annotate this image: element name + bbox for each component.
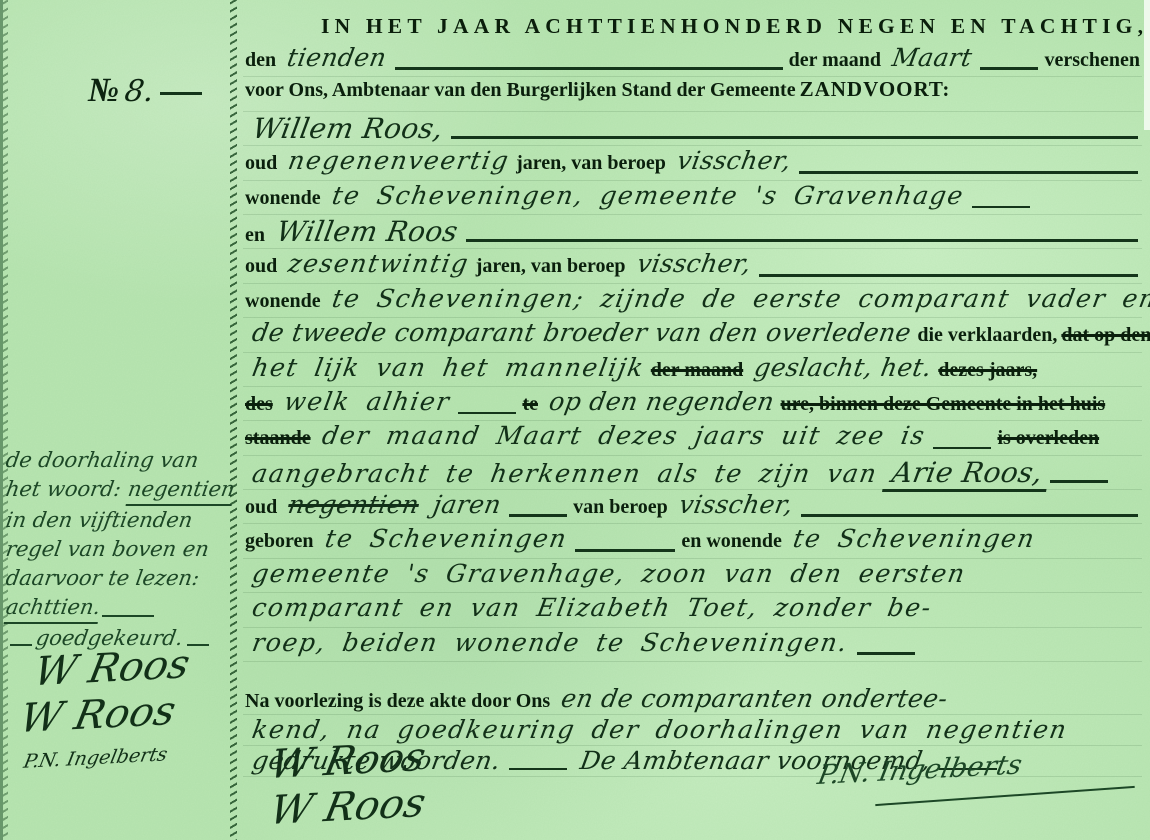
fill-rule bbox=[509, 768, 567, 770]
deceased-name: Arie Roos, bbox=[882, 456, 1052, 492]
printed-jaren-beroep: jaren, van beroep bbox=[474, 255, 628, 278]
act-number-rule bbox=[160, 92, 202, 95]
margin-signature-official: P.N. Ingelberts bbox=[16, 734, 171, 782]
handwritten-month: Maart bbox=[883, 43, 982, 72]
handwritten-day: tienden bbox=[278, 43, 396, 72]
signature-flourish bbox=[875, 786, 1135, 806]
body-found-line1: het lijk van het mannelijk der maand ges… bbox=[243, 353, 1142, 387]
official-signature: P.N. Ingelberts bbox=[815, 760, 1135, 797]
body-found-line3: staande der maand Maart dezes jaars uit … bbox=[243, 421, 1142, 455]
printed-jaren-beroep: jaren, van beroep bbox=[514, 152, 668, 175]
margin-signatures: W Roos W Roos P.N. Ingelberts bbox=[16, 650, 183, 782]
printed-struck-des: des bbox=[243, 393, 275, 416]
fill-rule bbox=[395, 67, 783, 70]
handwritten-jaren: jaren bbox=[424, 490, 511, 519]
printed-wonende: wonende bbox=[243, 290, 323, 313]
handwritten-closing1: en de comparanten ondertee- bbox=[552, 684, 957, 713]
handwritten-parents2: comparant en van Elizabeth Toet, zonder … bbox=[243, 593, 941, 622]
handwritten-relation: de tweede comparant broeder van den over… bbox=[243, 318, 920, 347]
year-headline: IN HET JAAR ACHTTIENHONDERD NEGEN EN TAC… bbox=[243, 6, 1142, 43]
recognition-line: aangebracht te herkennen als te zijn van… bbox=[243, 456, 1142, 490]
deceased-born-line: geboren te Scheveningen en wonende te Sc… bbox=[243, 524, 1142, 558]
declarant2-residence-line: wonende te Scheveningen; zijnde de eerst… bbox=[243, 284, 1142, 318]
printed-den: den bbox=[243, 49, 278, 72]
printed-struck-is-overleden: is overleden bbox=[995, 427, 1101, 450]
margin-note-line2-prefix: het woord: bbox=[4, 475, 123, 504]
handwritten-declarant2-occupation: visscher, bbox=[628, 249, 761, 278]
handwritten-declarant1-name: Willem Roos, bbox=[243, 112, 453, 145]
fill-rule bbox=[458, 412, 516, 414]
handwritten-declarant1-occupation: visscher, bbox=[668, 146, 801, 175]
act-number-label: № bbox=[88, 72, 119, 110]
handwritten-parents3: roep, beiden wonende te Scheveningen. bbox=[243, 628, 858, 657]
printed-wonende: wonende bbox=[243, 187, 323, 210]
margin-note-struck-word: negentien bbox=[125, 475, 236, 506]
printed-oud: oud bbox=[243, 152, 279, 175]
printed-verschenen: verschenen bbox=[1042, 49, 1142, 72]
margin-annotation: de doorhaling van het woord: negentien i… bbox=[6, 446, 228, 653]
printed-oud: oud bbox=[243, 496, 279, 519]
margin-note-rule bbox=[102, 615, 154, 617]
handwritten-deceased-residence: te Scheveningen bbox=[784, 524, 1045, 553]
printed-van-beroep: van beroep bbox=[571, 496, 670, 519]
printed-struck-te: te bbox=[520, 393, 540, 416]
printed-geboren: geboren bbox=[243, 530, 316, 553]
fill-rule bbox=[933, 447, 991, 449]
printed-oud: oud bbox=[243, 255, 279, 278]
date-line: den tienden der maand Maart verschenen bbox=[243, 43, 1142, 77]
printed-en: en bbox=[243, 224, 267, 247]
signature-w-roos-2: W Roos bbox=[266, 780, 429, 834]
margin-note-line1: de doorhaling van bbox=[4, 446, 201, 475]
act-number-value: 8. bbox=[117, 74, 163, 109]
printed-die-verklaarden: die verklaarden, bbox=[915, 324, 1059, 347]
fill-rule bbox=[857, 652, 915, 655]
printed-en-wonende: en wonende bbox=[679, 530, 784, 553]
fill-rule bbox=[801, 514, 1138, 517]
printed-struck-staande: staande bbox=[243, 427, 313, 450]
margin-note-line4: regel van boven en bbox=[4, 535, 211, 564]
handwritten-declarant2-age: zesentwintig bbox=[279, 249, 479, 278]
fill-rule bbox=[799, 171, 1138, 174]
declarant2-age-line: oud zesentwintig jaren, van beroep vissc… bbox=[243, 249, 1142, 283]
declarant-signatures: W Roos W Roos bbox=[266, 742, 419, 834]
printed-struck-dat-op-den: dat op den bbox=[1059, 324, 1150, 347]
fill-rule bbox=[575, 549, 675, 552]
declarant1-residence-line: wonende te Scheveningen, gemeente 's Gra… bbox=[243, 181, 1142, 215]
printed-der-maand: der maand bbox=[787, 49, 883, 72]
margin-rope-rule bbox=[230, 0, 237, 840]
death-certificate-page: № 8. de doorhaling van het woord: negent… bbox=[0, 0, 1150, 840]
margin-signature-2: W Roos bbox=[16, 688, 179, 742]
parents-line3: roep, beiden wonende te Scheveningen. bbox=[243, 628, 1142, 662]
signature-w-roos-1: W Roos bbox=[266, 734, 429, 788]
handwritten-declarant1-age: negenenveertig bbox=[279, 146, 519, 175]
official-line: voor Ons, Ambtenaar van den Burgerlijken… bbox=[243, 77, 1142, 111]
margin-note-dash bbox=[10, 644, 32, 646]
act-number: № 8. bbox=[88, 72, 202, 110]
parents-line1: gemeente 's Gravenhage, zoon van den eer… bbox=[243, 559, 1142, 593]
handwritten-declarant2-residence: te Scheveningen; zijnde de eerste compar… bbox=[323, 284, 1150, 313]
fill-rule bbox=[759, 274, 1138, 277]
handwritten-geslacht: geslacht, het. bbox=[745, 353, 941, 382]
municipality-name: ZANDVOORT: bbox=[798, 77, 953, 102]
handwritten-parents1: gemeente 's Gravenhage, zoon van den eer… bbox=[243, 559, 975, 588]
declarant2-name-line: en Willem Roos bbox=[243, 215, 1142, 249]
handwritten-birthplace: te Scheveningen bbox=[316, 524, 577, 553]
margin-note-line3: in den vijftienden bbox=[4, 506, 195, 535]
declarant1-name-line: Willem Roos, bbox=[243, 112, 1142, 146]
declarant1-age-line: oud negenenveertig jaren, van beroep vis… bbox=[243, 146, 1142, 180]
handwritten-declarant2-name: Willem Roos bbox=[267, 215, 468, 248]
fill-rule bbox=[980, 67, 1038, 70]
margin-note-correction-word: achttien. bbox=[4, 593, 103, 624]
left-rope-rule bbox=[3, 0, 8, 840]
body-found-line2: des welk alhier te op den negenden ure, … bbox=[243, 387, 1142, 421]
handwritten-deceased-occupation: visscher, bbox=[670, 490, 803, 519]
handwritten-aangebracht: aangebracht te herkennen als te zijn van bbox=[243, 459, 887, 488]
relation-line: de tweede comparant broeder van den over… bbox=[243, 318, 1142, 352]
printed-na-voorlezing: Na voorlezing is deze akte door Ons bbox=[243, 690, 552, 713]
fill-rule bbox=[1050, 480, 1108, 483]
deceased-age-line: oud negentien jaren van beroep visscher, bbox=[243, 490, 1142, 524]
act-body: IN HET JAAR ACHTTIENHONDERD NEGEN EN TAC… bbox=[243, 6, 1142, 777]
handwritten-declarant1-residence: te Scheveningen, gemeente 's Gravenhage bbox=[323, 181, 974, 210]
handwritten-welk-alhier: welk alhier bbox=[275, 387, 460, 416]
closing-line1: Na voorlezing is deze akte door Ons en d… bbox=[243, 684, 1142, 715]
printed-struck-der-maand: der maand bbox=[649, 359, 745, 382]
handwritten-het-lijk: het lijk van het mannelijk bbox=[243, 353, 654, 382]
fill-rule bbox=[451, 136, 1138, 139]
handwritten-uit-zee: der maand Maart dezes jaars uit zee is bbox=[313, 421, 935, 450]
handwritten-op-den-negenden: op den negenden bbox=[540, 387, 784, 416]
margin-note-line5: daarvoor te lezen: bbox=[4, 564, 202, 593]
handwritten-struck-negentien: negentien bbox=[279, 490, 428, 519]
fill-rule bbox=[972, 206, 1030, 208]
fill-rule bbox=[509, 514, 567, 517]
printed-struck-dezes-jaars: dezes jaars, bbox=[936, 359, 1039, 382]
printed-struck-ure-gemeente-huis: ure, binnen deze Gemeente in het huis bbox=[779, 393, 1108, 416]
parents-line2: comparant en van Elizabeth Toet, zonder … bbox=[243, 593, 1142, 627]
fill-rule bbox=[466, 239, 1138, 242]
printed-official-text: voor Ons, Ambtenaar van den Burgerlijken… bbox=[243, 79, 798, 102]
